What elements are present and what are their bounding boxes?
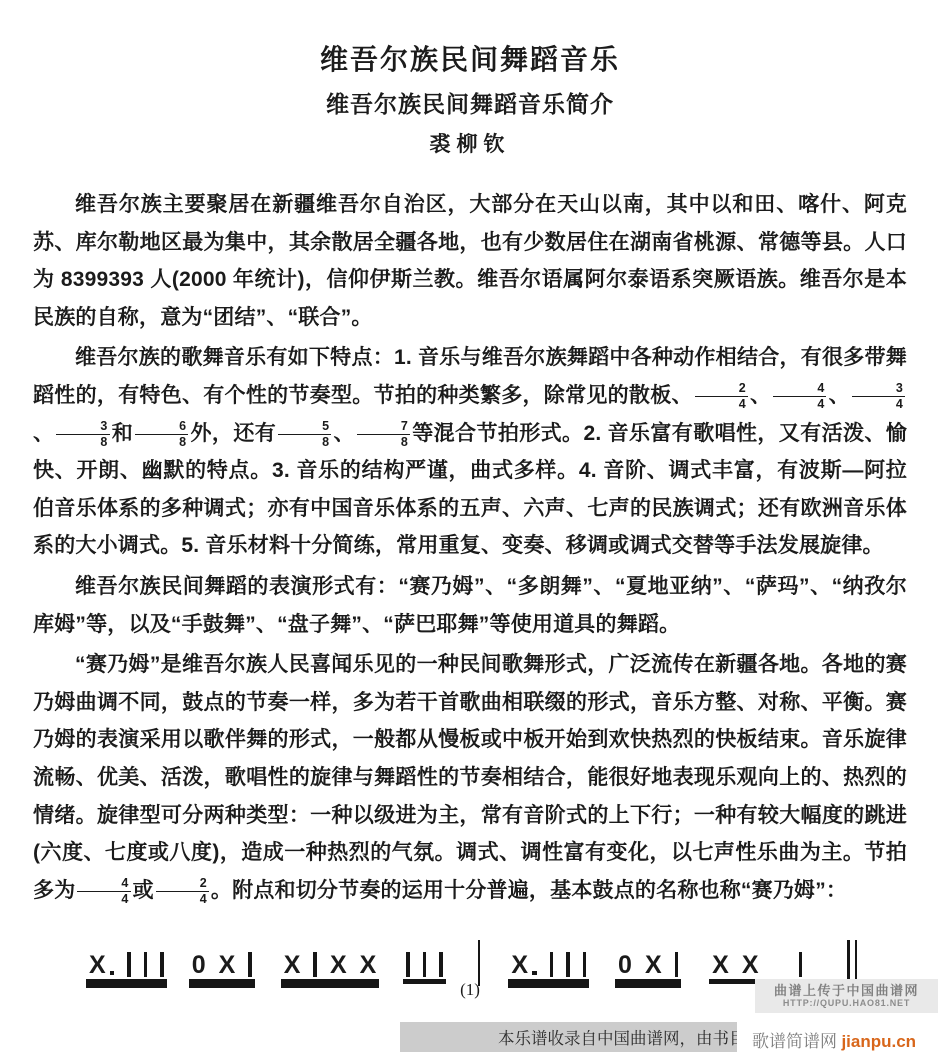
fraction-numerator: 3: [852, 382, 905, 397]
watermark-strip-clipped-char: 目: [729, 1025, 737, 1049]
fraction-denominator: 8: [135, 435, 188, 449]
stroke-note-symbol: [313, 952, 317, 977]
drum-rhythm-notation: X0XXXXX0XXX: [86, 921, 857, 979]
time-signature-fraction: 34: [852, 382, 905, 411]
rhythm-note-group: [796, 952, 806, 979]
paragraph-4: “赛乃姆”是维吾尔族人民喜闻乐见的一种民间歌舞形式，广泛流传在新疆各地。各地的赛…: [33, 646, 907, 909]
fraction-numerator: 3: [56, 420, 109, 435]
augmentation-dot: [532, 971, 537, 976]
stamp-site-name: 曲谱上传于中国曲谱网: [774, 983, 919, 998]
jianpu-watermark: 歌谱简谱网 jianpu.cn: [752, 1027, 940, 1052]
x-note-symbol: X: [742, 953, 759, 977]
fraction-numerator: 2: [695, 382, 748, 397]
time-signature-fraction: 24: [156, 877, 209, 906]
stroke-note-symbol: [566, 952, 570, 977]
x-note-symbol: X: [219, 953, 236, 977]
paragraph-3: 维吾尔族民间舞蹈的表演形式有：“赛乃姆”、“多朗舞”、“夏地亚纳”、“萨玛”、“…: [33, 568, 907, 643]
dotted-x-note-symbol: X: [89, 953, 106, 977]
augmentation-dot: [110, 971, 115, 976]
fraction-denominator: 4: [695, 397, 748, 411]
time-signature-fraction: 58: [278, 420, 331, 449]
stroke-note-symbol: [439, 952, 443, 977]
x-note-symbol: X: [645, 953, 662, 977]
watermark-strip: 本乐谱收录自中国曲谱网，由书目: [400, 1022, 737, 1052]
time-signature-fraction: 44: [77, 877, 130, 906]
time-signature-fraction: 68: [135, 420, 188, 449]
time-signature-fraction: 24: [695, 382, 748, 411]
fraction-denominator: 4: [77, 892, 130, 906]
text-run: 、: [333, 422, 355, 445]
fraction-denominator: 4: [852, 397, 905, 411]
stroke-note-symbol: [550, 952, 554, 977]
paragraph-1: 维吾尔族主要聚居在新疆维吾尔自治区，大部分在天山以南，其中以和田、喀什、阿克苏、…: [33, 186, 907, 336]
author-name: 裘柳钦: [0, 128, 940, 158]
fraction-denominator: 8: [357, 435, 410, 449]
rhythm-note-group: 0X: [189, 952, 255, 979]
stroke-note-symbol: [144, 952, 148, 977]
fraction-denominator: 8: [278, 435, 331, 449]
text-run: 、: [750, 384, 771, 407]
stroke-note-symbol: [675, 952, 679, 977]
open-note-symbol: 0: [192, 953, 206, 977]
jianpu-site-label: 歌谱简谱网: [752, 1032, 837, 1051]
time-signature-fraction: 38: [56, 420, 109, 449]
dotted-x-note-symbol: X: [511, 953, 528, 977]
stamp-site-url: HTTP://QUPU.HAO81.NET: [783, 998, 910, 1009]
rhythm-note-group: XX: [709, 953, 761, 979]
qupu-site-stamp: 曲谱上传于中国曲谱网 HTTP://QUPU.HAO81.NET: [755, 979, 938, 1013]
text-run: 和: [112, 422, 134, 445]
x-note-symbol: X: [712, 953, 729, 977]
fraction-numerator: 4: [773, 382, 826, 397]
rhythm-note-group: XXX: [281, 952, 380, 979]
text-run: 、: [33, 422, 54, 445]
stroke-note-symbol: [160, 952, 164, 977]
article-body: 维吾尔族主要聚居在新疆维吾尔自治区，大部分在天山以南，其中以和田、喀什、阿克苏、…: [33, 186, 907, 912]
fraction-denominator: 8: [56, 435, 109, 449]
rhythm-note-group: 0X: [615, 952, 681, 979]
fraction-numerator: 4: [77, 877, 130, 892]
rhythm-note-group: [403, 952, 446, 979]
x-note-symbol: X: [284, 953, 301, 977]
stroke-note-symbol: [799, 952, 803, 977]
x-note-symbol: X: [360, 953, 377, 977]
jianpu-site-domain: jianpu.cn: [841, 1032, 916, 1051]
text-run: 外，还有: [190, 422, 276, 445]
x-note-symbol: X: [330, 953, 347, 977]
text-run: “赛乃姆”是维吾尔族人民喜闻乐见的一种民间歌舞形式，广泛流传在新疆各地。各地的赛…: [33, 653, 907, 902]
open-note-symbol: 0: [618, 953, 632, 977]
paragraph-2: 维吾尔族的歌舞音乐有如下特点：1. 音乐与维吾尔族舞蹈中各种动作相结合，有很多带…: [33, 339, 907, 565]
page-subtitle: 维吾尔族民间舞蹈音乐简介: [0, 86, 940, 119]
rhythm-note-group: X: [508, 952, 589, 979]
fraction-numerator: 2: [156, 877, 209, 892]
stroke-note-symbol: [127, 952, 131, 977]
stroke-note-symbol: [248, 952, 252, 977]
time-signature-fraction: 78: [357, 420, 410, 449]
stroke-note-symbol: [423, 952, 427, 977]
fraction-denominator: 4: [773, 397, 826, 411]
text-run: 。附点和切分节奏的运用十分普遍，基本鼓点的名称也称“赛乃姆”：: [211, 879, 847, 902]
text-run: 或: [133, 879, 154, 902]
page-title: 维吾尔族民间舞蹈音乐: [0, 38, 940, 78]
fraction-numerator: 5: [278, 420, 331, 435]
time-signature-fraction: 44: [773, 382, 826, 411]
stroke-note-symbol: [406, 952, 410, 977]
fraction-denominator: 4: [156, 892, 209, 906]
document-page: 维吾尔族民间舞蹈音乐 维吾尔族民间舞蹈音乐简介 裘柳钦 维吾尔族主要聚居在新疆维…: [0, 0, 940, 1052]
fraction-numerator: 6: [135, 420, 188, 435]
fraction-numerator: 7: [357, 420, 410, 435]
text-run: 、: [828, 384, 849, 407]
stroke-note-symbol: [583, 952, 587, 977]
watermark-strip-text: 本乐谱收录自中国曲谱网，由书: [498, 1025, 729, 1049]
rhythm-note-group: X: [86, 952, 167, 979]
